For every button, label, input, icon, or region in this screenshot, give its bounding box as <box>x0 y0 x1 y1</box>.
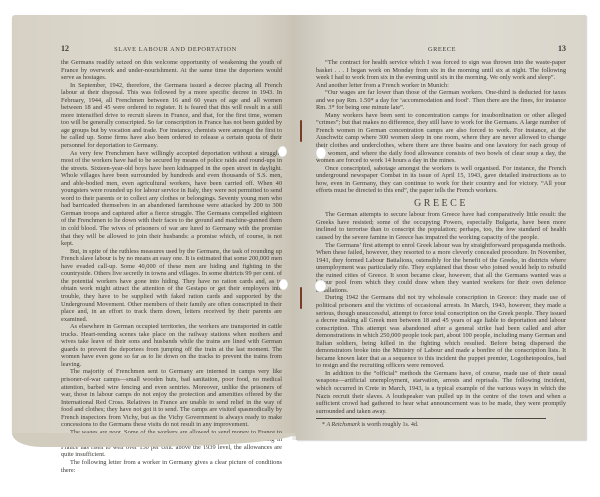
paragraph: During 1942 the Germans did not try whol… <box>316 294 566 369</box>
left-page-number: 12 <box>61 44 69 53</box>
paragraph: the Germans readily seized on this welco… <box>61 59 282 82</box>
paragraph: Many workers have been sent to concentra… <box>316 112 566 165</box>
binding-thread-icon <box>300 287 302 309</box>
paragraph: As elsewhere in German occupied territor… <box>61 323 282 368</box>
paragraph: And another letter from a French worker … <box>316 82 566 90</box>
paragraph: The German attempts to secure labour fro… <box>316 211 566 241</box>
paragraph: The wages are poor. Some of the workers … <box>61 429 282 459</box>
right-running-title: Greece <box>326 46 558 53</box>
paragraph: In September, 1942, therefore, the Germa… <box>61 82 282 150</box>
footnote-marker: * <box>322 422 325 428</box>
paragraph: As very few Frenchmen have willingly acc… <box>61 150 282 248</box>
punch-hole-icon <box>278 146 287 157</box>
punch-hole-icon <box>315 280 326 292</box>
paragraph: The majority of Frenchmen sent to German… <box>61 368 282 428</box>
section-heading-greece: GREECE <box>316 200 566 208</box>
quoted-letter: “The contract for health service which I… <box>316 59 566 82</box>
paragraph: But, in spite of the ruthless measures u… <box>61 248 282 323</box>
paragraph: Once conscripted, sabotage amongst the w… <box>316 165 566 195</box>
right-page: Greece 13 “The contract for health servi… <box>296 15 586 440</box>
binding-thread-icon <box>300 120 302 142</box>
footnote-rule <box>316 418 546 419</box>
right-page-number: 13 <box>558 44 566 53</box>
left-body-text: the Germans readily seized on this welco… <box>61 59 282 474</box>
quoted-letter: “Our wages are far lower than those of t… <box>316 89 566 112</box>
right-body-text: “The contract for health service which I… <box>316 59 566 430</box>
left-running-title: Slave Labour and Deportation <box>69 46 282 53</box>
paragraph: The following letter from a worker in Ge… <box>61 459 282 474</box>
paragraph: The Germans’ first attempt to enrol Gree… <box>316 242 566 295</box>
left-running-head: 12 Slave Labour and Deportation <box>61 44 282 53</box>
footnote: * A Reichsmark is worth roughly 1s. 4d. <box>316 422 566 430</box>
footnote-term: A Reichsmark <box>327 422 360 428</box>
left-page: 12 Slave Labour and Deportation the Germ… <box>12 15 296 435</box>
footnote-text: is worth roughly 1s. 4d. <box>360 422 419 428</box>
punch-hole-icon <box>279 279 288 290</box>
right-running-head: Greece 13 <box>316 44 566 53</box>
punch-hole-icon <box>316 147 326 159</box>
paragraph: In addition to the “official” methods th… <box>316 370 566 415</box>
